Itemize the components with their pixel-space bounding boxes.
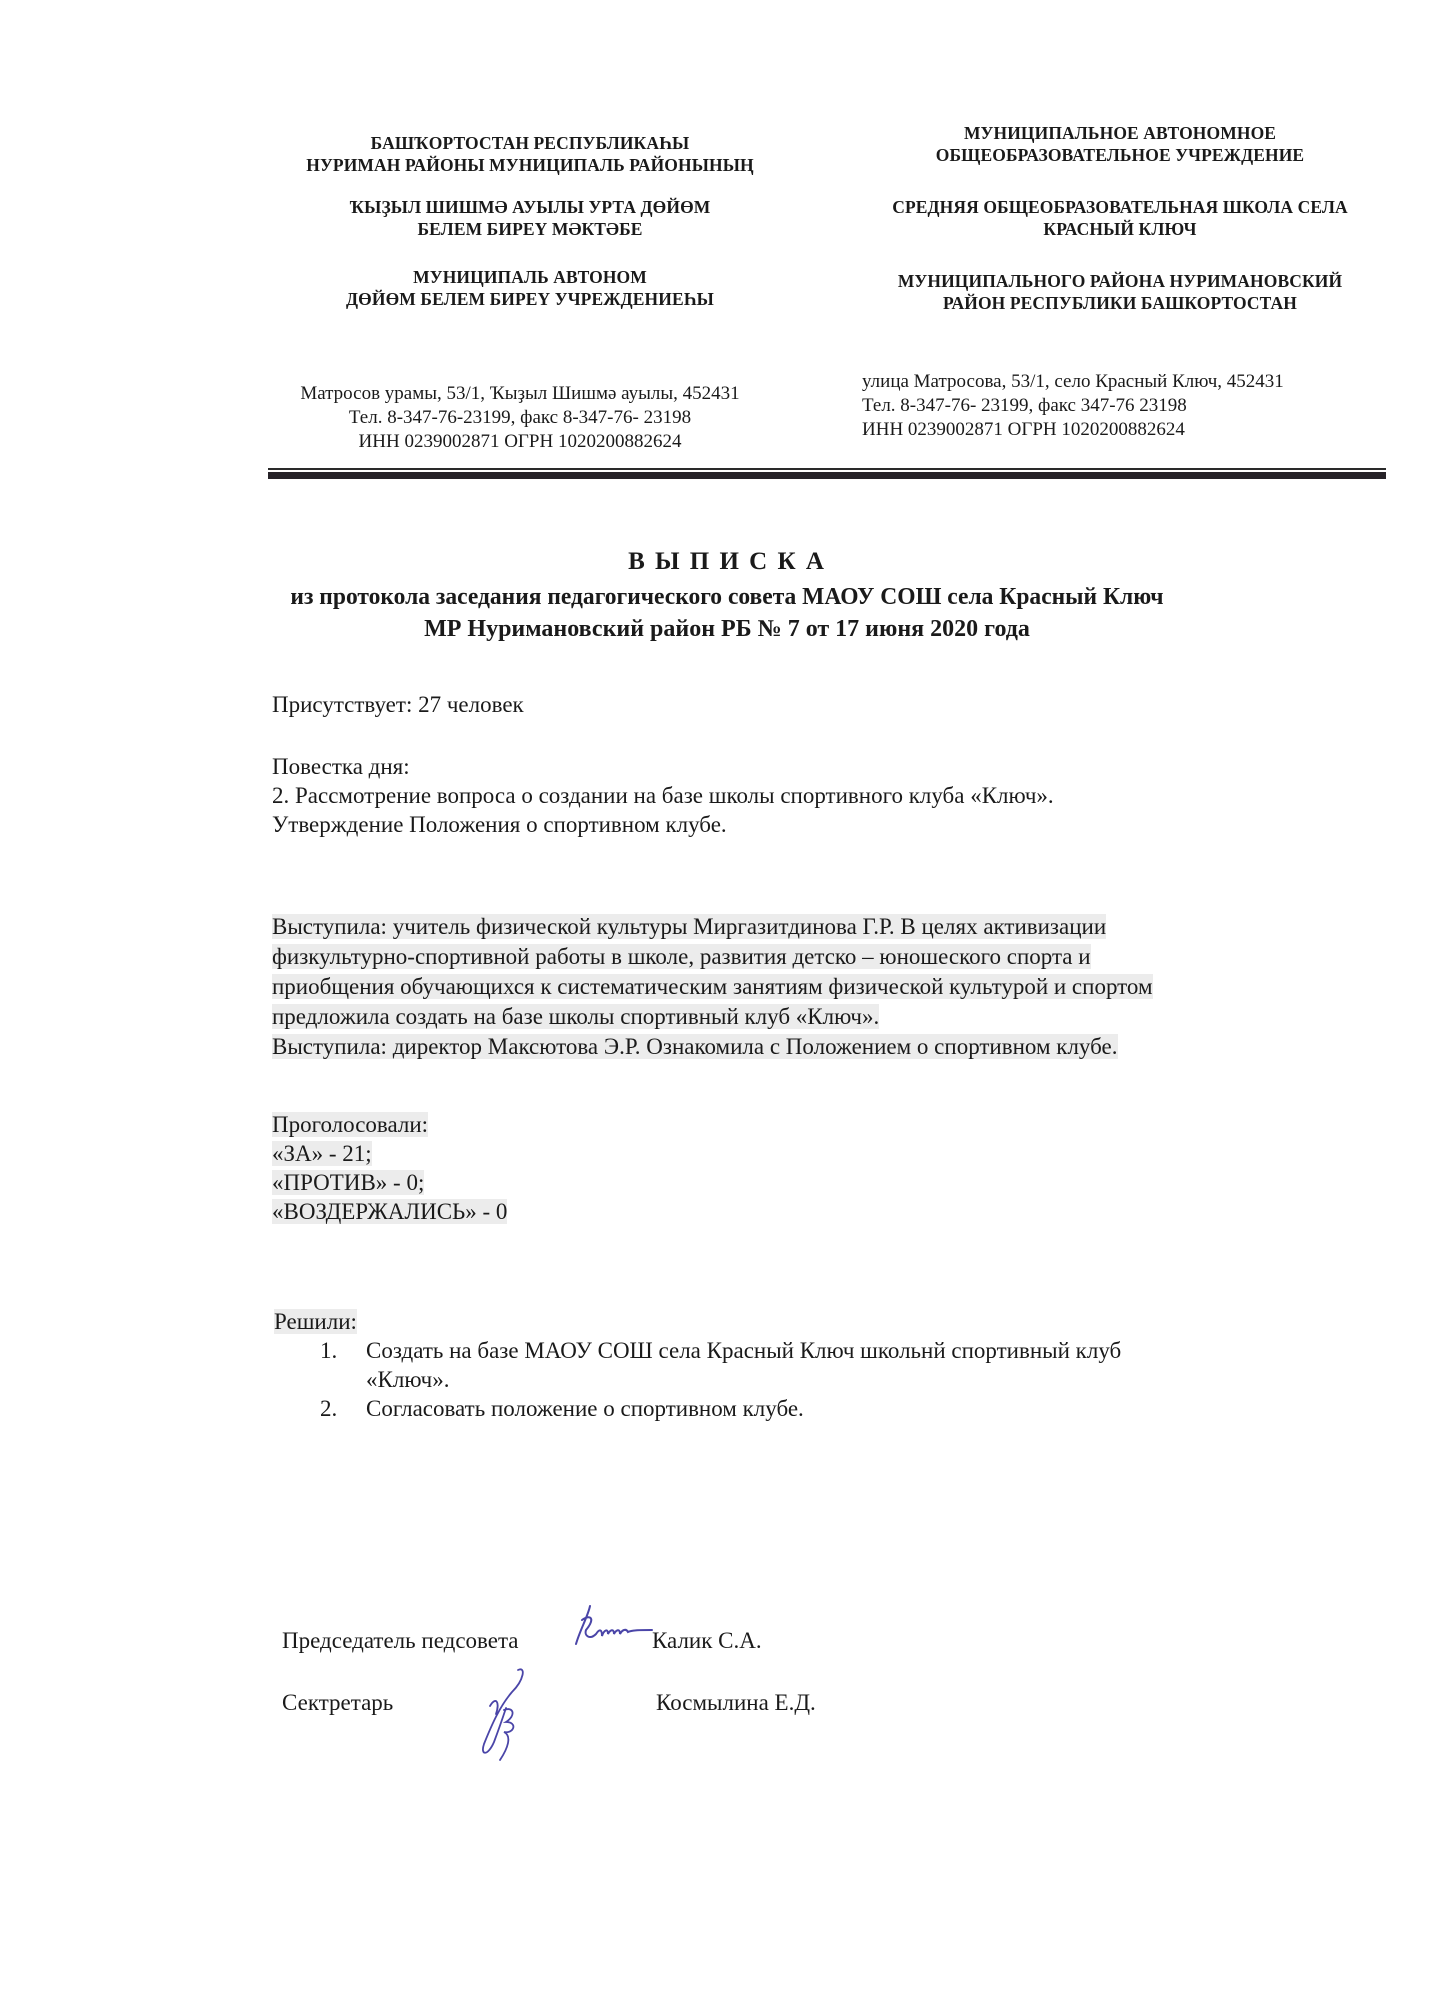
decision-item: 1. Создать на базе МАОУ СОШ села Красный… xyxy=(320,1336,1374,1394)
agenda-label: Повестка дня: xyxy=(272,752,1392,781)
chair-name: Калик С.А. xyxy=(652,1628,762,1654)
speaker-line: предложила создать на базе школы спортив… xyxy=(272,1004,879,1029)
secretary-role: Сектретарь xyxy=(282,1690,393,1716)
left-phone-fax: Тел. 8-347-76-23199, факс 8-347-76- 2319… xyxy=(240,406,800,430)
document-subtitle-line2: МР Нуримановский район РБ № 7 от 17 июня… xyxy=(0,616,1454,643)
left-school-name-bashkir: ҠЫҘЫЛ ШИШМӘ АУЫЛЫ УРТА ДӨЙӨМ БЕЛЕМ БИРЕҮ… xyxy=(220,196,840,240)
right-address-block: улица Матросова, 53/1, село Красный Ключ… xyxy=(862,370,1402,442)
left-org-name-bashkir: БАШҠОРТОСТАН РЕСПУБЛИКАҺЫ НУРИМАН РАЙОНЫ… xyxy=(220,132,840,176)
letterhead-divider-thin xyxy=(268,468,1386,470)
letterhead-right: МУНИЦИПАЛЬНОЕ АВТОНОМНОЕ ОБЩЕОБРАЗОВАТЕЛ… xyxy=(840,122,1400,314)
voting-label: Проголосовали: xyxy=(272,1112,428,1137)
right-institution-type: МУНИЦИПАЛЬНОЕ АВТОНОМНОЕ ОБЩЕОБРАЗОВАТЕЛ… xyxy=(840,122,1400,166)
agenda-item-continued: Утверждение Положения о спортивном клубе… xyxy=(272,810,1392,839)
right-address: улица Матросова, 53/1, село Красный Ключ… xyxy=(862,370,1402,394)
right-inn-ogrn: ИНН 0239002871 ОГРН 1020200882624 xyxy=(862,418,1402,442)
vote-abstained: «ВОЗДЕРЖАЛИСЬ» - 0 xyxy=(272,1199,507,1224)
speakers-section: Выступила: учитель физической культуры М… xyxy=(272,912,1412,1062)
speaker-line: Выступила: учитель физической культуры М… xyxy=(272,914,1106,939)
secretary-name: Космылина Е.Д. xyxy=(656,1690,816,1716)
left-address-block: Матросов урамы, 53/1, Ҡыҙыл Шишмә ауылы,… xyxy=(240,382,800,454)
voting-section: Проголосовали: «ЗА» - 21; «ПРОТИВ» - 0; … xyxy=(272,1110,507,1226)
vote-for: «ЗА» - 21; xyxy=(272,1141,372,1166)
vote-against: «ПРОТИВ» - 0; xyxy=(272,1170,424,1195)
attendance: Присутствует: 27 человек xyxy=(272,690,524,719)
decision-number: 2. xyxy=(320,1394,337,1423)
chair-signature-icon xyxy=(570,1600,654,1656)
right-phone-fax: Тел. 8-347-76- 23199, факс 347-76 23198 xyxy=(862,394,1402,418)
right-school-name: СРЕДНЯЯ ОБЩЕОБРАЗОВАТЕЛЬНАЯ ШКОЛА СЕЛА К… xyxy=(840,196,1400,240)
document-subtitle-line1: из протокола заседания педагогического с… xyxy=(15,584,1440,611)
letterhead-divider-thick xyxy=(268,472,1386,479)
right-district-name: МУНИЦИПАЛЬНОГО РАЙОНА НУРИМАНОВСКИЙ РАЙО… xyxy=(840,270,1400,314)
decisions-label: Решили: xyxy=(274,1309,357,1334)
secretary-signature-icon xyxy=(470,1666,540,1762)
letterhead-left: БАШҠОРТОСТАН РЕСПУБЛИКАҺЫ НУРИМАН РАЙОНЫ… xyxy=(220,132,840,310)
speaker-line: приобщения обучающихся к систематическим… xyxy=(272,974,1153,999)
speaker-line: Выступила: директор Максютова Э.Р. Ознак… xyxy=(272,1034,1118,1059)
left-address: Матросов урамы, 53/1, Ҡыҙыл Шишмә ауылы,… xyxy=(240,382,800,406)
document-title: В Ы П И С К А xyxy=(0,548,1454,576)
speaker-line: физкультурно-спортивной работы в школе, … xyxy=(272,944,1091,969)
agenda-item: 2. Рассмотрение вопроса о создании на ба… xyxy=(272,781,1392,810)
decision-item: 2. Согласовать положение о спортивном кл… xyxy=(320,1394,1374,1423)
chair-role: Председатель педсовета xyxy=(282,1628,519,1654)
left-institution-type-bashkir: МУНИЦИПАЛЬ АВТОНОМ ДӨЙӨМ БЕЛЕМ БИРЕҮ УЧР… xyxy=(220,266,840,310)
decisions-list: 1. Создать на базе МАОУ СОШ села Красный… xyxy=(320,1336,1374,1423)
decision-number: 1. xyxy=(320,1336,337,1365)
agenda: Повестка дня: 2. Рассмотрение вопроса о … xyxy=(272,752,1392,839)
left-inn-ogrn: ИНН 0239002871 ОГРН 1020200882624 xyxy=(240,430,800,454)
decisions-section: Решили: 1. Создать на базе МАОУ СОШ села… xyxy=(274,1307,1374,1423)
